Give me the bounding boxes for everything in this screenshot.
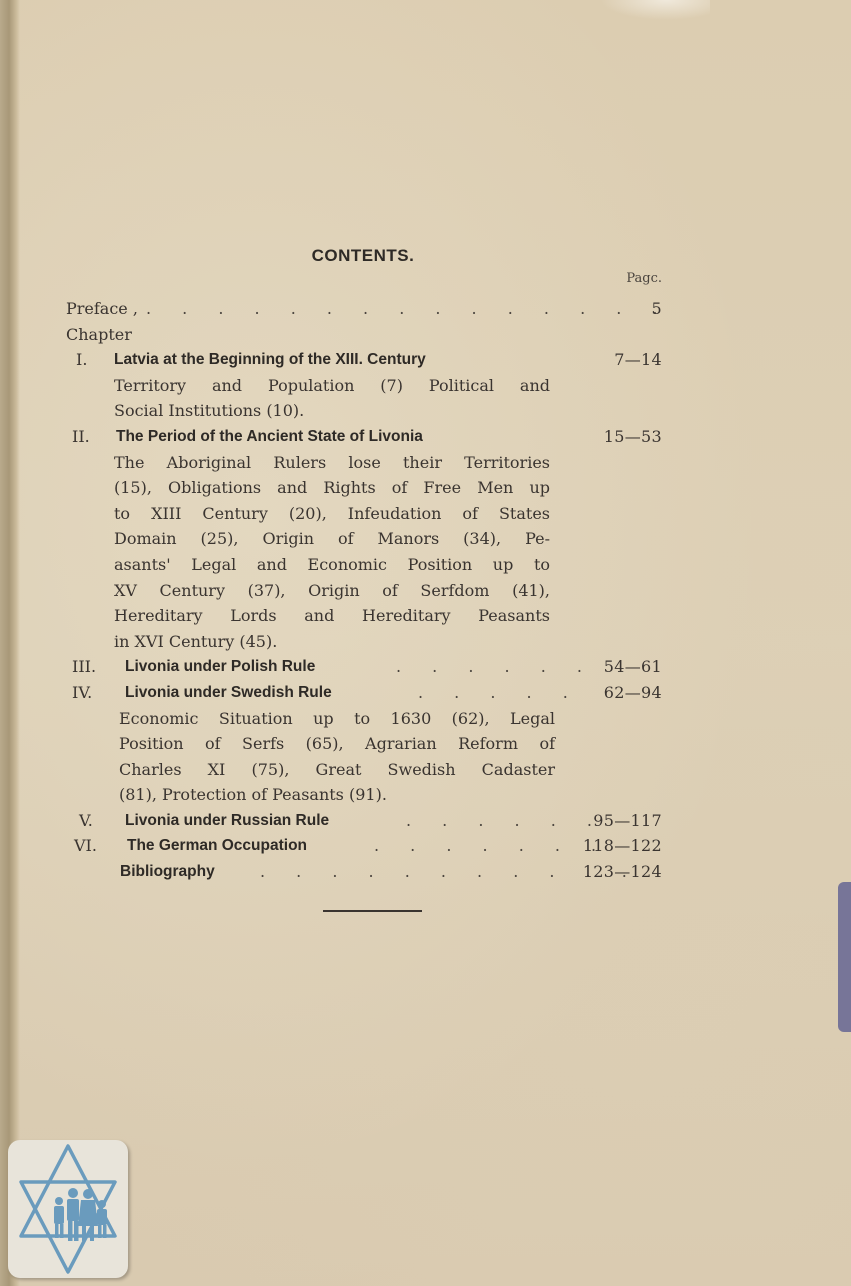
dot-leader: . . . . . . [406, 808, 605, 834]
chapter-numeral: VI. [74, 833, 122, 859]
chapter-title: Livonia under Russian Rule [125, 808, 329, 834]
toc-row-chapter-2: II. The Period of the Ancient State of L… [66, 424, 666, 450]
subtopic-line: in XVI Century (45). [114, 629, 550, 655]
subtopic-line: asants' Legal and Economic Position up t… [114, 552, 550, 578]
chapter-pages: 54—61 [604, 654, 662, 680]
toc-row-chapter-1: I. Latvia at the Beginning of the XIII. … [66, 347, 666, 373]
archive-logo [8, 1140, 128, 1278]
chapter-pages: 62—94 [604, 680, 662, 706]
chapter-numeral: III. [72, 654, 120, 680]
chapter-subtopics: Territory and Population (7) Political a… [114, 373, 550, 424]
subtopic-line: Economic Situation up to 1630 (62), Lega… [119, 706, 555, 732]
toc-chapter-heading: Chapter [66, 322, 666, 348]
subtopic-line: Social Institutions (10). [114, 398, 550, 424]
section-divider [323, 910, 422, 912]
scanned-page: CONTENTS. Pagc. Preface , . . . . . . . … [0, 0, 851, 1286]
subtopic-line: Hereditary Lords and Hereditary Peasants [114, 603, 550, 629]
chapter-subtopics: Economic Situation up to 1630 (62), Lega… [119, 706, 555, 808]
chapter-numeral: IV. [72, 680, 120, 706]
chapter-numeral: II. [72, 424, 120, 450]
dot-leader: . . . . . [418, 680, 581, 706]
chapter-pages: 95—117 [593, 808, 662, 834]
preface-label: Preface , [66, 296, 138, 322]
ink-stain [838, 882, 851, 1032]
subtopic-line: (15), Obligations and Rights of Free Men… [114, 475, 550, 501]
subtopic-line: Territory and Population (7) Political a… [114, 373, 550, 399]
subtopic-line: Charles XI (75), Great Swedish Cadaster [119, 757, 555, 783]
chapter-pages: 118—122 [583, 833, 662, 859]
toc-row-chapter-4: IV. Livonia under Swedish Rule . . . . .… [66, 680, 666, 706]
dot-leader: . . . . . . [396, 654, 595, 680]
chapter-title: Livonia under Polish Rule [125, 654, 315, 680]
chapter-heading: Chapter [66, 322, 132, 348]
dot-leader: . . . . . . . [374, 833, 609, 859]
dot-leader: . . . . . . . . . . . . . . . [146, 296, 671, 322]
chapter-title: The German Occupation [127, 833, 307, 859]
chapter-title: Livonia under Swedish Rule [125, 680, 332, 706]
toc-row-chapter-5: V. Livonia under Russian Rule . . . . . … [66, 808, 666, 834]
toc-row-preface: Preface , . . . . . . . . . . . . . . . … [66, 296, 666, 322]
page-fold [600, 0, 710, 20]
subtopic-line: Domain (25), Origin of Manors (34), Pe- [114, 526, 550, 552]
chapter-title: Latvia at the Beginning of the XIII. Cen… [114, 347, 426, 373]
contents-title: CONTENTS. [0, 246, 726, 266]
table-of-contents: Preface , . . . . . . . . . . . . . . . … [66, 296, 666, 885]
subtopic-line: Position of Serfs (65), Agrarian Reform … [119, 731, 555, 757]
subtopic-line: XV Century (37), Origin of Serfdom (41), [114, 578, 550, 604]
subtopic-line: to XIII Century (20), Infeudation of Sta… [114, 501, 550, 527]
chapter-title: The Period of the Ancient State of Livon… [116, 424, 423, 450]
bibliography-pages: 123—124 [583, 859, 662, 885]
bibliography-label: Bibliography [120, 859, 215, 885]
subtopic-line: (81), Protection of Peasants (91). [119, 782, 555, 808]
page-column-label: Pagc. [626, 271, 662, 286]
toc-row-bibliography: Bibliography . . . . . . . . . . . 123—1… [66, 859, 666, 885]
chapter-numeral: V. [79, 808, 127, 834]
chapter-pages: 7—14 [614, 347, 662, 373]
star-of-david-family-icon [8, 1140, 128, 1278]
subtopic-line: The Aboriginal Rulers lose their Territo… [114, 450, 550, 476]
chapter-subtopics: The Aboriginal Rulers lose their Territo… [114, 450, 550, 655]
book-spine-shadow [0, 0, 20, 1286]
preface-page: 5 [652, 296, 662, 322]
chapter-pages: 15—53 [604, 424, 662, 450]
toc-row-chapter-3: III. Livonia under Polish Rule . . . . .… [66, 654, 666, 680]
toc-row-chapter-6: VI. The German Occupation . . . . . . . … [66, 833, 666, 859]
